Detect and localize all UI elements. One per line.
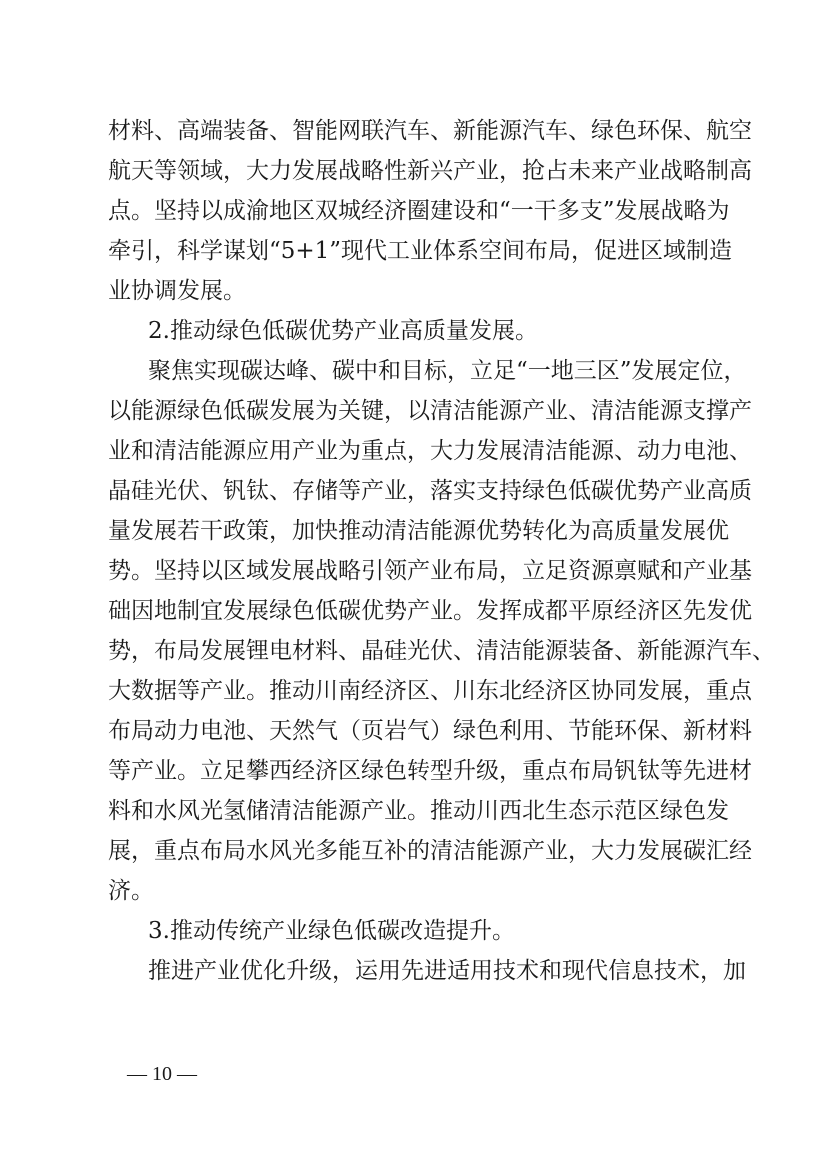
section-heading-3: 3.推动传统产业绿色低碳改造提升。 [108, 911, 720, 951]
paragraph-line: 量发展若干政策，加快推动清洁能源优势转化为高质量发展优 [108, 511, 720, 551]
paragraph-line: 航天等领域，大力发展战略性新兴产业，抢占未来产业战略制高 [108, 151, 720, 191]
paragraph-line: 势，布局发展锂电材料、晶硅光伏、清洁能源装备、新能源汽车、 [108, 631, 720, 671]
paragraph-line: 聚焦实现碳达峰、碳中和目标，立足“一地三区”发展定位， [108, 351, 720, 391]
body-text: 材料、高端装备、智能网联汽车、新能源汽车、绿色环保、航空 航天等领域，大力发展战… [108, 111, 720, 991]
paragraph-line: 展，重点布局水风光多能互补的清洁能源产业，大力发展碳汇经 [108, 831, 720, 871]
paragraph-line: 济。 [108, 871, 720, 911]
paragraph-line: 点。坚持以成渝地区双城经济圈建设和“一干多支”发展战略为 [108, 191, 720, 231]
document-page: 材料、高端装备、智能网联汽车、新能源汽车、绿色环保、航空 航天等领域，大力发展战… [0, 0, 826, 1169]
paragraph-line: 材料、高端装备、智能网联汽车、新能源汽车、绿色环保、航空 [108, 111, 720, 151]
paragraph-line: 推进产业优化升级，运用先进适用技术和现代信息技术，加 [108, 951, 720, 991]
paragraph-line: 业协调发展。 [108, 271, 720, 311]
paragraph-line: 晶硅光伏、钒钛、存储等产业，落实支持绿色低碳优势产业高质 [108, 471, 720, 511]
paragraph-line: 势。坚持以区域发展战略引领产业布局，立足资源禀赋和产业基 [108, 551, 720, 591]
section-heading-2: 2.推动绿色低碳优势产业高质量发展。 [108, 311, 720, 351]
paragraph-line: 料和水风光氢储清洁能源产业。推动川西北生态示范区绿色发 [108, 791, 720, 831]
paragraph-line: 业和清洁能源应用产业为重点，大力发展清洁能源、动力电池、 [108, 431, 720, 471]
paragraph-line: 础因地制宜发展绿色低碳优势产业。发挥成都平原经济区先发优 [108, 591, 720, 631]
paragraph-line: 等产业。立足攀西经济区绿色转型升级，重点布局钒钛等先进材 [108, 751, 720, 791]
paragraph-line: 牵引，科学谋划“5+1”现代工业体系空间布局，促进区域制造 [108, 231, 720, 271]
paragraph-line: 以能源绿色低碳发展为关键，以清洁能源产业、清洁能源支撑产 [108, 391, 720, 431]
paragraph-line: 布局动力电池、天然气（页岩气）绿色利用、节能环保、新材料 [108, 711, 720, 751]
page-number: — 10 — [127, 1060, 197, 1088]
paragraph-line: 大数据等产业。推动川南经济区、川东北经济区协同发展，重点 [108, 671, 720, 711]
